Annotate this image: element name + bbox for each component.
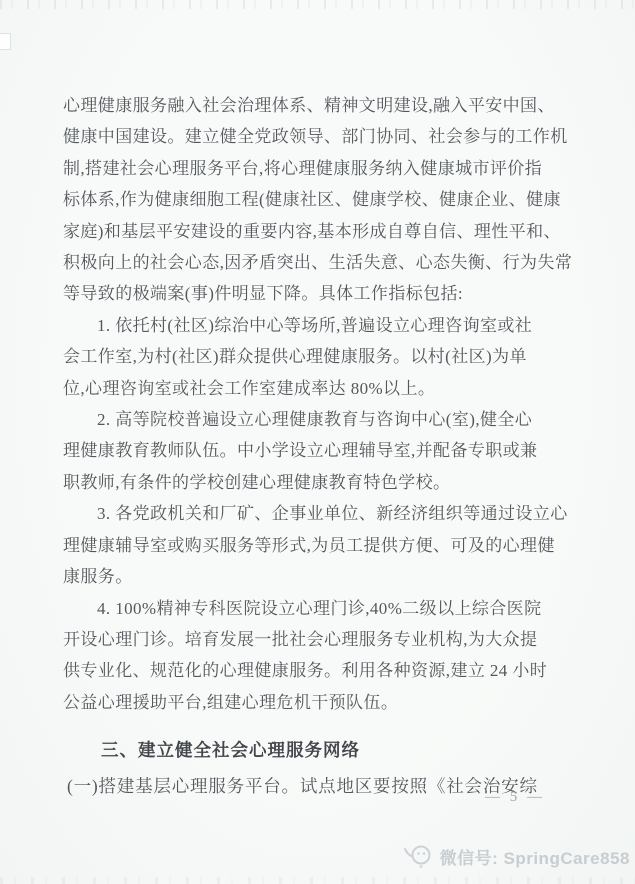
text-line: 康服务。	[63, 561, 565, 592]
text-line: 开设心理门诊。培育发展一批社会心理服务专业机构,为大众提	[63, 624, 565, 655]
scan-artifact-left-edge	[0, 33, 11, 50]
watermark-label: 微信号: SpringCare858	[440, 844, 630, 869]
document-page: 心理健康服务融入社会治理体系、精神文明建设,融入平安中国、健康中国建设。建立健全…	[0, 0, 635, 884]
text-line: 制,搭建社会心理服务平台,将心理健康服务纳入健康城市评价指	[63, 153, 565, 184]
wechat-icon	[403, 843, 435, 869]
text-line: 公益心理援助平台,组建心理危机干预队伍。	[63, 687, 565, 718]
text-line: 1. 依托村(社区)综治中心等场所,普遍设立心理咨询室或社	[63, 310, 565, 341]
scan-artifact-top	[0, 0, 635, 9]
text-line: 等导致的极端案(事)件明显下降。具体工作指标包括:	[63, 278, 565, 309]
text-line: 职教师,有条件的学校创建心理健康教育特色学校。	[63, 467, 565, 498]
text-line: 标体系,作为健康细胞工程(健康社区、健康学校、健康企业、健康	[63, 184, 565, 215]
text-line: 积极向上的社会心态,因矛盾突出、生活失意、心态失衡、行为失常	[63, 247, 565, 278]
document-body: 心理健康服务融入社会治理体系、精神文明建设,融入平安中国、健康中国建设。建立健全…	[63, 90, 565, 718]
text-line: 会工作室,为村(社区)群众提供心理健康服务。以村(社区)为单	[63, 341, 565, 372]
text-line: 健康中国建设。建立健全党政领导、部门协同、社会参与的工作机	[63, 121, 565, 152]
text-line: 家庭)和基层平安建设的重要内容,基本形成自尊自信、理性平和、	[63, 216, 565, 247]
text-line: 3. 各党政机关和厂矿、企事业单位、新经济组织等通过设立心	[63, 498, 565, 529]
section-heading: 三、建立健全社会心理服务网络	[63, 735, 565, 766]
text-line: 位,心理咨询室或社会工作室建成率达 80%以上。	[63, 373, 565, 404]
scan-artifact-bottom	[0, 877, 635, 884]
text-line: 2. 高等院校普遍设立心理健康教育与咨询中心(室),健全心	[63, 404, 565, 435]
text-line: 心理健康服务融入社会治理体系、精神文明建设,融入平安中国、	[63, 90, 565, 121]
text-line: 理健康辅导室或购买服务等形式,为员工提供方便、可及的心理健	[63, 530, 565, 561]
text-line: 4. 100%精神专科医院设立心理门诊,40%二级以上综合医院	[63, 593, 565, 624]
page-number: — 5 —	[485, 789, 545, 806]
text-line: 理健康教育教师队伍。中小学设立心理辅导室,并配备专职或兼	[63, 435, 565, 466]
text-line: 供专业化、规范化的心理健康服务。利用各种资源,建立 24 小时	[63, 655, 565, 686]
document-text: 心理健康服务融入社会治理体系、精神文明建设,融入平安中国、健康中国建设。建立健全…	[63, 90, 565, 803]
watermark: 微信号: SpringCare858	[403, 843, 630, 869]
